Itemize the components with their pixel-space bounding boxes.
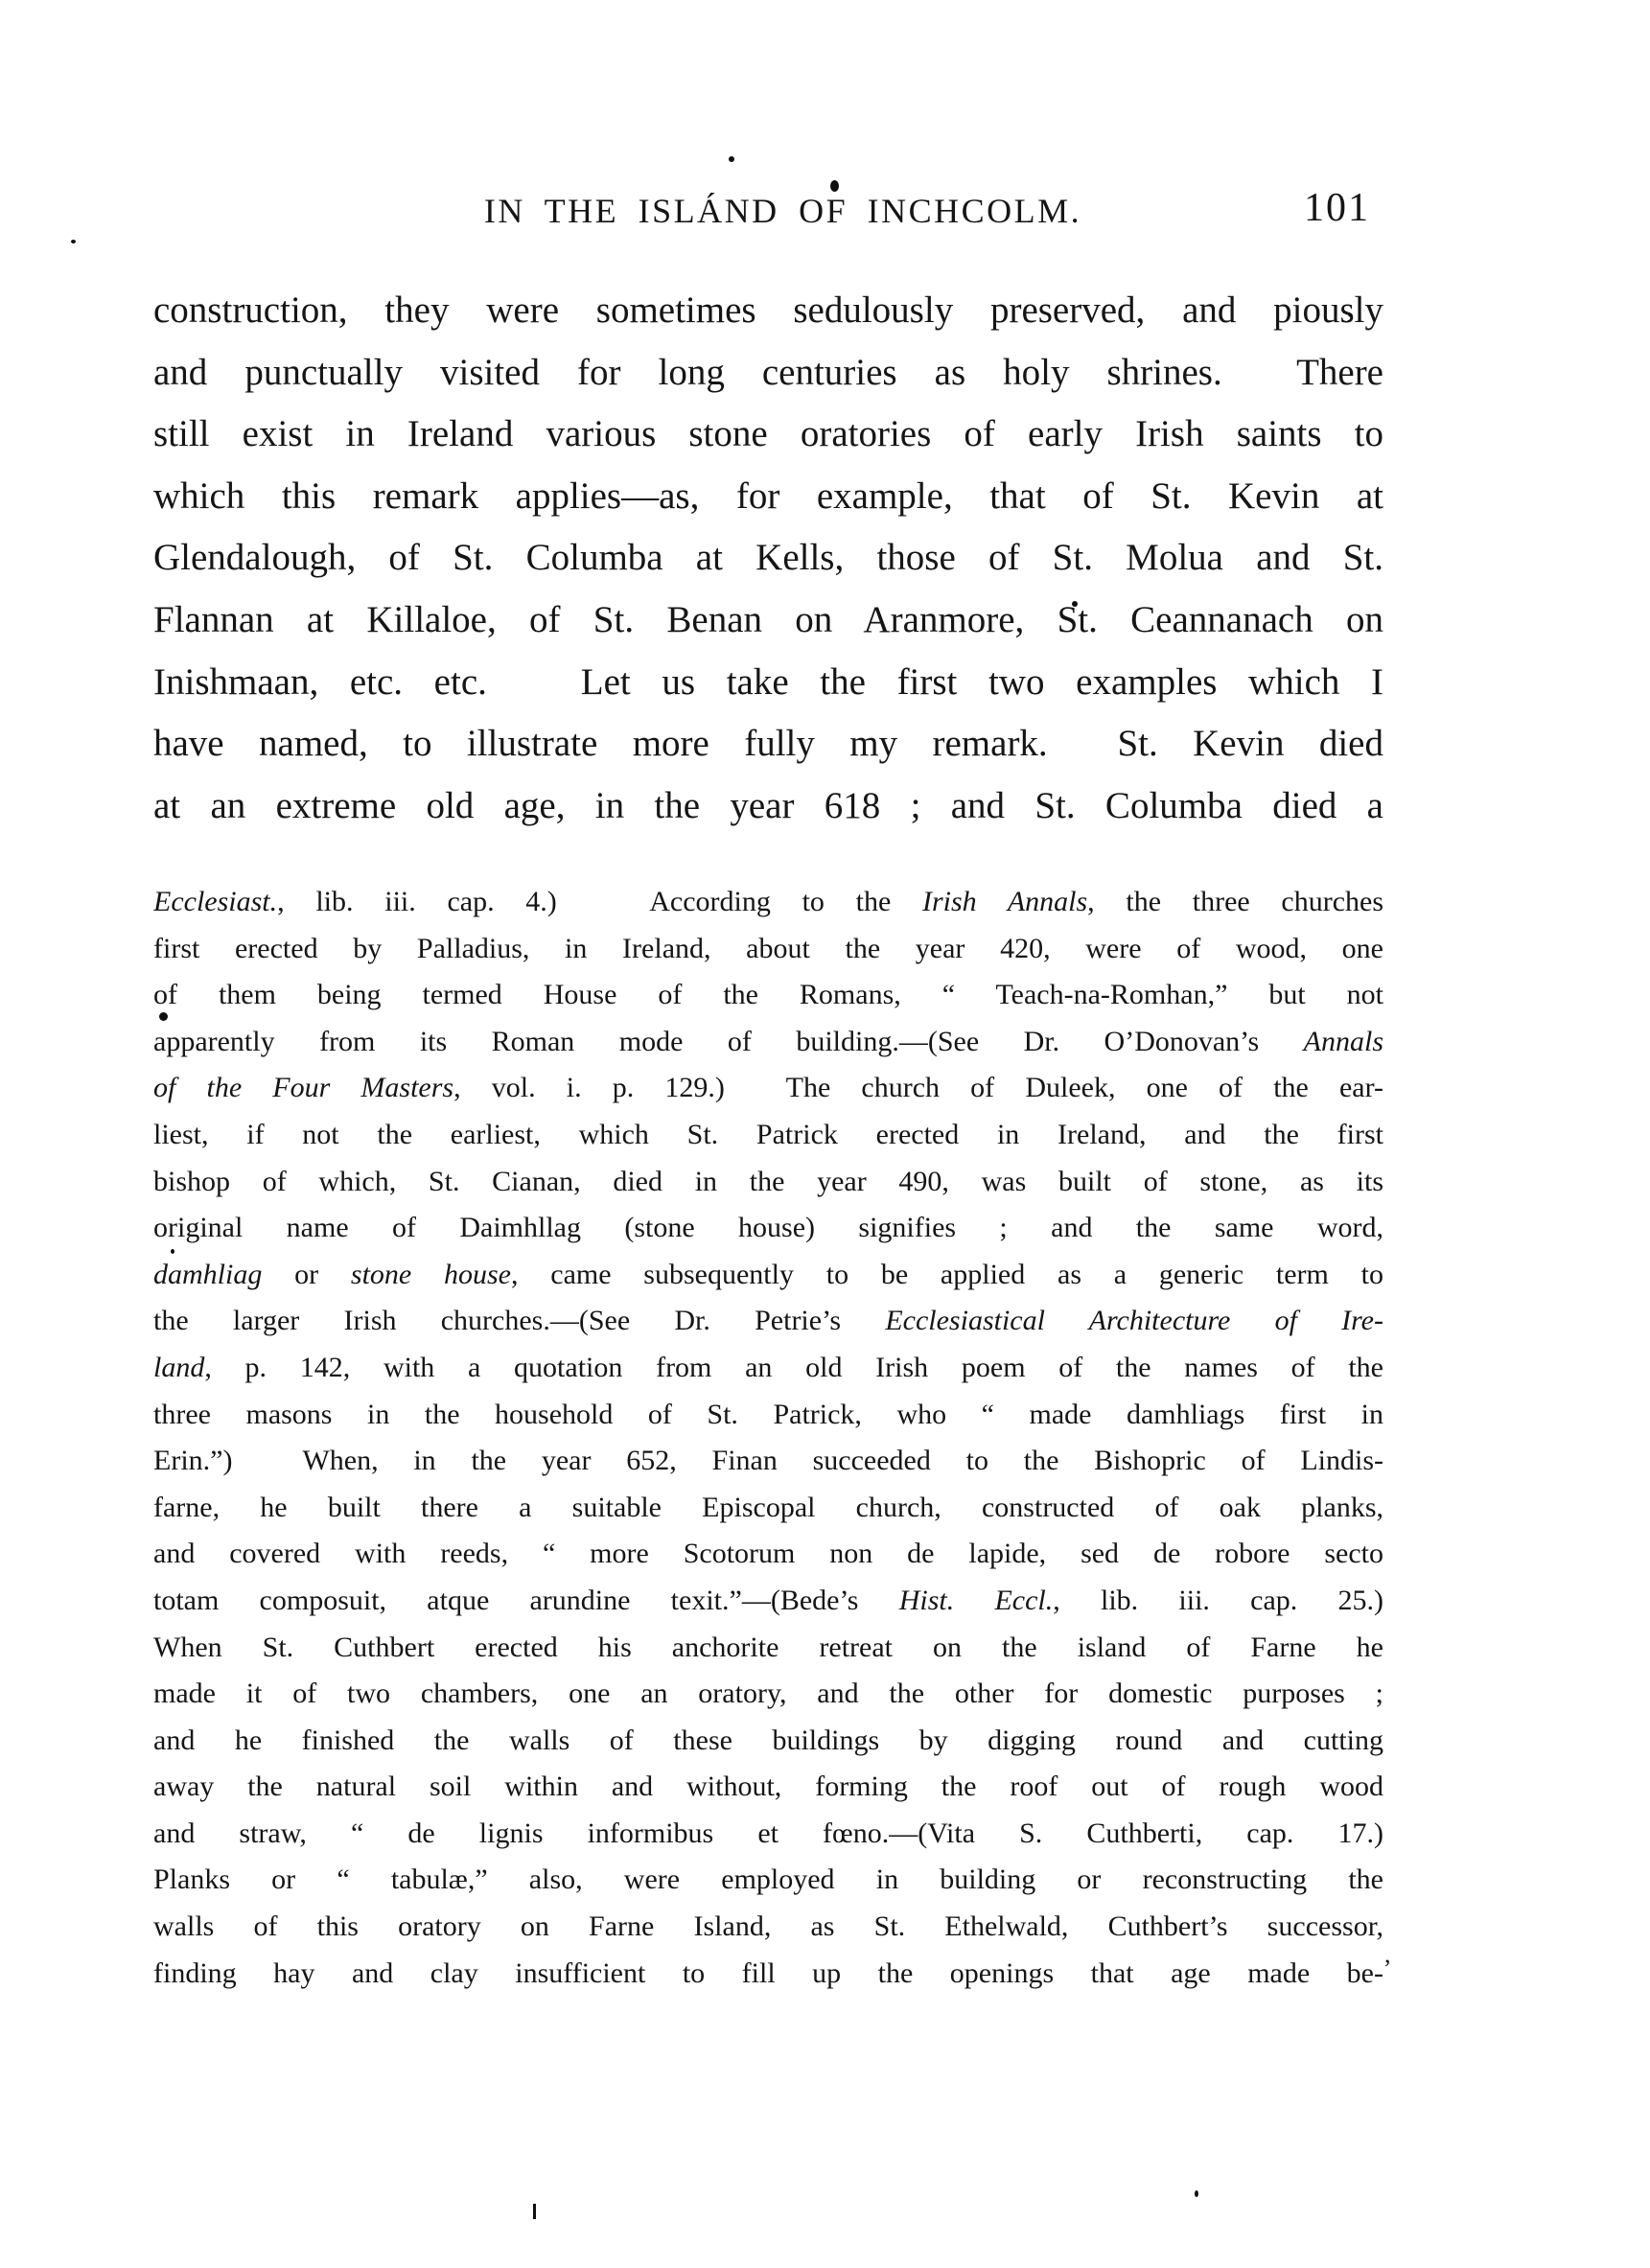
footnote-line: totam composuit, atque arundine texit.”—…	[153, 1578, 1383, 1625]
ink-speck-margin-left	[159, 1012, 168, 1021]
footnote-line: farne, he built there a suitable Episcop…	[153, 1485, 1383, 1532]
footnote-line: apparently from its Roman mode of buildi…	[153, 1019, 1383, 1066]
ink-speck-bottom-dot	[1195, 2190, 1198, 2197]
footnote-line: land, p. 142, with a quotation from an o…	[153, 1345, 1383, 1392]
italic-phrase: Annals	[1304, 1026, 1383, 1057]
footnote-line: away the natural soil within and without…	[153, 1764, 1383, 1811]
footnote-line: bishop of which, St. Cianan, died in the…	[153, 1159, 1383, 1206]
body-line: at an extreme old age, in the year 618 ;…	[153, 775, 1383, 838]
footnote-line: walls of this oratory on Farne Island, a…	[153, 1904, 1383, 1951]
italic-phrase: damhliag	[153, 1259, 262, 1290]
running-title: IN THE ISLÁND OF INCHCOLM.	[167, 192, 1399, 230]
footnote-line: finding hay and clay insufficient to fil…	[153, 1951, 1383, 1998]
footnote-line: the larger Irish churches.—(See Dr. Petr…	[153, 1298, 1383, 1345]
footnote-line: and straw, “ de lignis informibus et fœn…	[153, 1811, 1383, 1858]
footnote-line: made it of two chambers, one an oratory,…	[153, 1671, 1383, 1718]
book-page-scan: IN THE ISLÁND OF INCHCOLM. 101 construct…	[0, 0, 1650, 2268]
comma-under-hyphen: ,	[1384, 1942, 1391, 1967]
body-line: construction, they were sometimes sedulo…	[153, 280, 1383, 342]
ink-speck-bottom-tick	[533, 2204, 536, 2219]
ink-speck-top-left	[71, 240, 76, 243]
body-line: have named, to illustrate more fully my …	[153, 713, 1383, 775]
footnote-line: first erected by Palladius, in Ireland, …	[153, 926, 1383, 973]
footnote-line: Erin.”) When, in the year 652, Finan suc…	[153, 1438, 1383, 1485]
ink-speck-header-faint	[729, 156, 734, 162]
footnote-line: When St. Cuthbert erected his anchorite …	[153, 1625, 1383, 1672]
footnote-line: Ecclesiast., lib. iii. cap. 4.) Accordin…	[153, 879, 1383, 926]
comma-after-piously: ,	[1346, 288, 1355, 322]
footnote-line: original name of Daimhllag (stone house)…	[153, 1205, 1383, 1252]
footnote-line: of them being termed House of the Romans…	[153, 972, 1383, 1019]
body-line: still exist in Ireland various stone ora…	[153, 404, 1383, 466]
body-line: Glendalough, of St. Columba at Kells, th…	[153, 527, 1383, 590]
page-header: IN THE ISLÁND OF INCHCOLM. 101	[153, 192, 1385, 234]
italic-phrase: Ecclesiastical Architecture of Ire-	[885, 1305, 1383, 1336]
ink-speck-midline	[1072, 601, 1078, 607]
body-line: Flannan at Killaloe, of St. Benan on Ara…	[153, 590, 1383, 652]
italic-phrase: Irish Annals	[922, 886, 1087, 917]
footnote-line: of the Four Masters, vol. i. p. 129.) Th…	[153, 1065, 1383, 1112]
body-line: and punctually visited for long centurie…	[153, 342, 1383, 405]
body-line: Inishmaan, etc. etc. Let us take the fir…	[153, 652, 1383, 714]
italic-phrase: Ecclesiast.	[153, 886, 277, 917]
ink-speck-margin-faint	[171, 1249, 174, 1254]
italic-phrase: Hist. Eccl.	[899, 1585, 1054, 1616]
footnote-block: Ecclesiast., lib. iii. cap. 4.) Accordin…	[153, 879, 1383, 1997]
footnote-line: three masons in the household of St. Pat…	[153, 1392, 1383, 1439]
footnote-line: and he finished the walls of these build…	[153, 1718, 1383, 1765]
ink-speck-header-bold	[830, 180, 839, 192]
footnote-line: and covered with reeds, “ more Scotorum …	[153, 1531, 1383, 1578]
page-number: 101	[1304, 186, 1370, 230]
footnote-line: Planks or “ tabulæ,” also, were employed…	[153, 1857, 1383, 1904]
footnote-line: damhliag or stone house, came subsequent…	[153, 1252, 1383, 1299]
italic-phrase: stone house	[351, 1259, 511, 1290]
italic-phrase: of the Four Masters	[153, 1072, 453, 1103]
body-line: which this remark applies—as, for exampl…	[153, 466, 1383, 528]
body-paragraph: construction, they were sometimes sedulo…	[153, 280, 1383, 837]
footnote-line: liest, if not the earliest, which St. Pa…	[153, 1112, 1383, 1159]
italic-phrase: land	[153, 1352, 204, 1383]
